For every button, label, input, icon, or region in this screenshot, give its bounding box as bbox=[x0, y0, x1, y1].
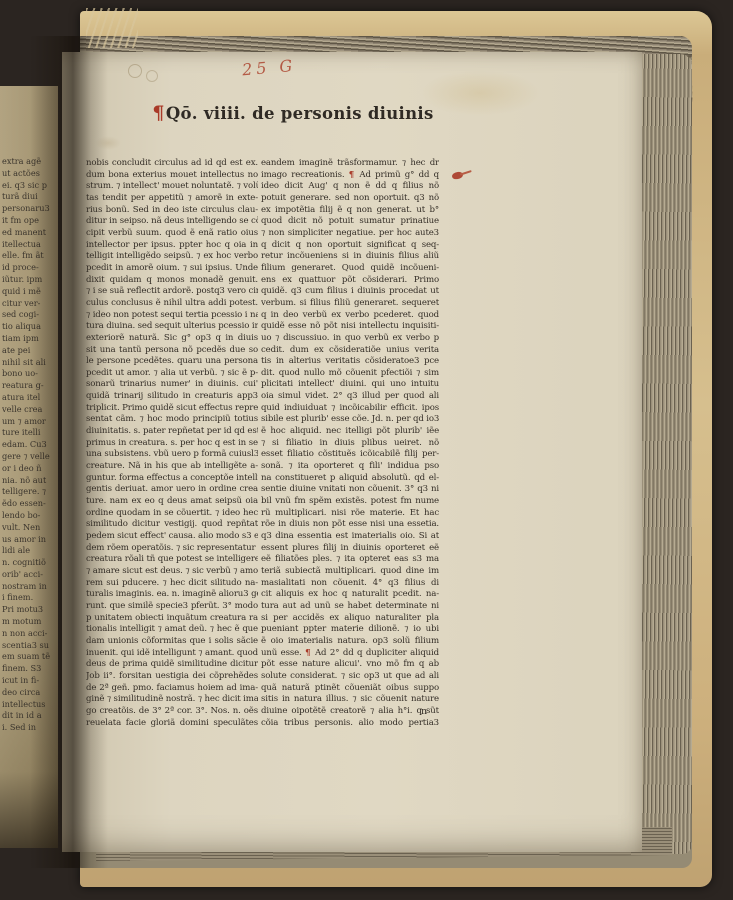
text-line: q3 dina essentia est imaterialis oio. Si… bbox=[261, 531, 439, 543]
text-line: intellector per ipsus. ppter hoc q oia i… bbox=[86, 240, 258, 252]
text-line: m motum bbox=[2, 616, 57, 628]
text-line: sentie diuine vnitati non cõuenit. 3° q3… bbox=[261, 484, 439, 496]
text-line: ẽ hoc aliquid. nec itelligi põt plurib' … bbox=[261, 426, 439, 438]
text-line: inuenit. qui idẽ intelligunt ⁊ amant. qu… bbox=[86, 648, 258, 660]
text-line: atura itel bbox=[2, 392, 57, 404]
text-line: unũ esse. ¶ Ad 2° dd q dupliciter aliqui… bbox=[261, 648, 439, 660]
text-line: quã naturã ptinẽt cõueniãt oibus suppo bbox=[261, 683, 439, 695]
text-line: quid i mẽ bbox=[2, 286, 57, 298]
text-line: lendo bo- bbox=[2, 510, 57, 522]
fore-edge-right bbox=[636, 54, 692, 854]
text-line: ⁊ amare sicut est deus. ⁊ sic verbũ ⁊ am… bbox=[86, 566, 258, 578]
text-line: plicitati intellect' diuini. qui uno int… bbox=[261, 379, 439, 391]
text-line: ⁊ non simpliciter negatiue. per hoc aute… bbox=[261, 228, 439, 240]
text-line: deo circa bbox=[2, 687, 57, 699]
heading-rubric-mark: ¶ bbox=[152, 102, 165, 124]
text-line: quidẽ esse nõ põt nisi intellectu inquis… bbox=[261, 321, 439, 333]
text-line: tio aliqua bbox=[2, 321, 57, 333]
text-line: una subsistens. vbũ uero p formã cuiusl3 bbox=[86, 449, 258, 461]
text-line: id proce- bbox=[2, 262, 57, 274]
text-line: telligit intelligẽdo seipsũ. ⁊ ex hoc ve… bbox=[86, 251, 258, 263]
text-line: pcedit ut amor. ⁊ alia ut verbũ. ⁊ sic ẽ… bbox=[86, 368, 258, 380]
text-line: n. cognitiõ bbox=[2, 557, 57, 569]
text-line: ẽ oio imaterialis natura. op3 solũ filiu… bbox=[261, 636, 439, 648]
text-line: pueniant ppter materie dilionẽ. ⁊ io ubi bbox=[261, 624, 439, 636]
text-line: sibile est plurib' esse cõe. Jd. n. per … bbox=[261, 414, 439, 426]
text-line: põt esse nature alicui'. vno mõ fm q ab bbox=[261, 659, 439, 671]
text-line: de 2ª geñ. pmo. faciamus hoiem ad ima- bbox=[86, 683, 258, 695]
rubric-pilcrow: ¶ bbox=[349, 170, 355, 180]
text-line: ditur in seipso. nã deus intelligendo se… bbox=[86, 216, 258, 228]
text-line: quod dicit nõ potuit sumatur prinatiue bbox=[261, 216, 439, 228]
text-line: ⁊ ideo non potest sequi tertia pcessio i… bbox=[86, 310, 258, 322]
text-line: nihil sit ali bbox=[2, 357, 57, 369]
text-line: dixit quidam q monos monadẽ genuit. bbox=[86, 275, 258, 287]
text-line: sonã. ⁊ ita oporteret q fili' indidua ps… bbox=[261, 461, 439, 473]
text-line: rem sui pducere. ⁊ hec dicit silitudo na… bbox=[86, 578, 258, 590]
text-line: retur incõueniens si in diuinis filius a… bbox=[261, 251, 439, 263]
text-line: na constitueret p aliquid absolutũ. qd e… bbox=[261, 473, 439, 485]
text-line: ⁊ i se suã reflectit ardorẽ. postq3 vero… bbox=[86, 286, 258, 298]
text-line: personaru3 bbox=[2, 203, 57, 215]
text-line: dum bona exterius mouet intellectus no bbox=[86, 170, 258, 182]
text-line: edam. Cu3 bbox=[2, 439, 57, 451]
text-line: it fm ope bbox=[2, 215, 57, 227]
text-line: us amor in bbox=[2, 534, 57, 546]
rubric-pilcrow: ¶ bbox=[305, 648, 311, 658]
text-line: ed manent bbox=[2, 227, 57, 239]
text-line: n non acci- bbox=[2, 628, 57, 640]
text-line: gentis deriuat. amor uero in ordine crea bbox=[86, 484, 258, 496]
text-line: ideo dicit Aug' q non ẽ dd q filius nõ bbox=[261, 181, 439, 193]
gutter-text-fragments: extra agẽut actõesei. q3 sic pturã diuip… bbox=[2, 156, 57, 734]
text-line: potuit generare. sed non oportuit. q3 nõ bbox=[261, 193, 439, 205]
text-line: dam unionis cõformitas que i solis sãcie bbox=[86, 636, 258, 648]
text-line: ture itelli bbox=[2, 427, 57, 439]
text-line: teriã subiectã multiplicari. quod dine i… bbox=[261, 566, 439, 578]
text-line: gere ⁊ velle bbox=[2, 451, 57, 463]
text-line: Pri motu3 bbox=[2, 604, 57, 616]
text-line: cipit verbũ suum. quod ẽ enã ratio oius bbox=[86, 228, 258, 240]
text-line: nobis concludit circulus ad id qd est ex… bbox=[86, 158, 258, 170]
text-line: esset filiatio cõstituẽs icõicabilẽ fili… bbox=[261, 449, 439, 461]
text-line: exteriorẽ naturã. Sic g° op3 q in diuis bbox=[86, 333, 258, 345]
text-line: p unitatem obiecti inquãtum creatura ra bbox=[86, 613, 258, 625]
text-column-right: eandem imaginẽ trãsformamur. ⁊ hec drima… bbox=[261, 158, 439, 729]
text-line: finem. S3 bbox=[2, 663, 57, 675]
text-line: imago recreationis. ¶ Ad primũ g° dd q bbox=[261, 170, 439, 182]
text-line: tura diuina. sed sequit ulterius pcessio… bbox=[86, 321, 258, 333]
text-line: diuinitatis. s. pater repñetat per id qd… bbox=[86, 426, 258, 438]
ink-showthrough-ring bbox=[128, 64, 142, 78]
text-line: em suam tẽ bbox=[2, 651, 57, 663]
text-line: Job ii°. forsitan uestigia dei cõprehẽde… bbox=[86, 671, 258, 683]
text-line: telligere. ⁊ bbox=[2, 486, 57, 498]
text-line: cõia tribus personis. alio modo pertia3 bbox=[261, 718, 439, 730]
text-line: ẽdo essen- bbox=[2, 498, 57, 510]
text-line: ginẽ ⁊ similitudinẽ nostrã. ⁊ hec dicit … bbox=[86, 694, 258, 706]
text-line: orib' acci- bbox=[2, 569, 57, 581]
text-line: q in deo verbũ ex verbo pcederet. quod bbox=[261, 310, 439, 322]
text-line: ex impotẽtia filij ẽ q non generat. ut b… bbox=[261, 205, 439, 217]
text-line: icut in fi- bbox=[2, 675, 57, 687]
text-line: bono uo- bbox=[2, 368, 57, 380]
text-line: extra agẽ bbox=[2, 156, 57, 168]
text-line: le persone pcedẽtes. quaru una persona bbox=[86, 356, 258, 368]
text-line: ⁊ si filiatio in diuis plibus ueiret. nõ bbox=[261, 438, 439, 450]
ink-showthrough-ring bbox=[146, 70, 158, 82]
text-line: similitudo dicitur vestigij. quod repñta… bbox=[86, 519, 258, 531]
text-line: diuine oipotẽtẽ creatorẽ ⁊ alia h°i. q s… bbox=[261, 706, 439, 718]
text-line: or i deo ñ bbox=[2, 463, 57, 475]
text-line: ei. q3 sic p bbox=[2, 180, 57, 192]
text-line: eẽ filiatões ples. ⁊ ita opteret eas s3 … bbox=[261, 554, 439, 566]
text-line: iũtur. ipm bbox=[2, 274, 57, 286]
text-line: creature. Nã in his que ab intelligẽte a… bbox=[86, 461, 258, 473]
paper-stain bbox=[95, 136, 121, 150]
text-line: solute considerat. ⁊ sic op3 ut que ad a… bbox=[261, 671, 439, 683]
text-line: ate pei bbox=[2, 345, 57, 357]
text-line: vult. Nen bbox=[2, 522, 57, 534]
text-line: i finem. bbox=[2, 592, 57, 604]
text-line: velle crea bbox=[2, 404, 57, 416]
text-line: primus in creatura. s. per hoc q est in … bbox=[86, 438, 258, 450]
text-line: verbum. si filius filiũ generaret. seque… bbox=[261, 298, 439, 310]
text-line: scentia3 su bbox=[2, 640, 57, 652]
text-line: q dicit q non oportuit significat q seq- bbox=[261, 240, 439, 252]
text-line: citur ver- bbox=[2, 298, 57, 310]
text-line: quid indiuiduat ⁊ incõicabilir efficit. … bbox=[261, 403, 439, 415]
text-column-left: nobis concludit circulus ad id qd est ex… bbox=[86, 158, 258, 729]
text-line: reuelata facie gloriã domini speculãtes bbox=[86, 718, 258, 730]
text-line: runt. que similẽ specie3 pferũt. 3° modo bbox=[86, 601, 258, 613]
chapter-heading: ¶Qō. viiii. de personis diuinis bbox=[143, 102, 443, 124]
text-line: tionalis intelligit ⁊ amat deũ. ⁊ hec ẽ … bbox=[86, 624, 258, 636]
text-line: lidi ale bbox=[2, 545, 57, 557]
text-line: sed cogi- bbox=[2, 309, 57, 321]
text-line: nostram in bbox=[2, 581, 57, 593]
text-line: deus de prima quidẽ similitudine dicitur bbox=[86, 659, 258, 671]
text-line: dit in id a bbox=[2, 710, 57, 722]
text-line: sitis in natura illius. ⁊ sic cõuenit na… bbox=[261, 694, 439, 706]
text-line: guntur. forma effectus a conceptõe intel… bbox=[86, 473, 258, 485]
text-line: sentat cãm. ⁊ hoc modo principiũ totius bbox=[86, 414, 258, 426]
text-line: uo ⁊ discussiuo. in quo verbũ ex verbo p bbox=[261, 333, 439, 345]
text-line: i. Sed in bbox=[2, 722, 57, 734]
text-line: cedit. dum ex cõsideratiõe unius verita bbox=[261, 345, 439, 357]
text-line: oia simul videt. 2° q3 illud per quod al… bbox=[261, 391, 439, 403]
left-page-fragment: extra agẽut actõesei. q3 sic pturã diuip… bbox=[0, 86, 58, 848]
text-line: rõe in diuis non põt esse nisi una esset… bbox=[261, 519, 439, 531]
text-line: rius bonũ. Sed in deo iste circulus clau… bbox=[86, 205, 258, 217]
text-line: culus conclusus ẽ nihil ultra addi potes… bbox=[86, 298, 258, 310]
text-line: si per accidẽs ex aliquo naturaliter pla bbox=[261, 613, 439, 625]
text-line: pcedit in amorẽ oium. ⁊ sui ipsius. Unde bbox=[86, 263, 258, 275]
text-line: turã diui bbox=[2, 191, 57, 203]
book-photograph: extra agẽut actõesei. q3 sic pturã diuip… bbox=[0, 0, 733, 900]
text-line: nia. nõ aut bbox=[2, 475, 57, 487]
text-line: dem rõem operatõis. ⁊ sic representatur … bbox=[86, 543, 258, 555]
text-line: sonarũ trinarius numer' in diuinis. cui' bbox=[86, 379, 258, 391]
text-line: ut actões bbox=[2, 168, 57, 180]
text-line: creatura rõali tñ que potest se intellig… bbox=[86, 554, 258, 566]
quire-signature: n bbox=[421, 706, 427, 717]
text-line: tas tendit per appetitũ ⁊ amorẽ in exte- bbox=[86, 193, 258, 205]
text-line: reatura g- bbox=[2, 380, 57, 392]
text-line: essent plures filij in diuinis oporteret… bbox=[261, 543, 439, 555]
text-line: eandem imaginẽ trãsformamur. ⁊ hec dr bbox=[261, 158, 439, 170]
text-line: tura aut ad unũ se habet determinate ni bbox=[261, 601, 439, 613]
text-line: masialitati non cõuenit. 4° q3 filius di bbox=[261, 578, 439, 590]
text-line: tiam ipm bbox=[2, 333, 57, 345]
text-line: tis in alterius veritatis cõsideratoe3 p… bbox=[261, 356, 439, 368]
binding-threads bbox=[86, 8, 138, 48]
text-line: ordine quodam in se cõuertit. ⁊ ideo hec bbox=[86, 508, 258, 520]
text-line: ture. nam ex eo q deus amat seipsũ oia bbox=[86, 496, 258, 508]
text-line: dit. quod nullo mõ cõuenit pfectiõi ⁊ si… bbox=[261, 368, 439, 380]
text-line: intellectus bbox=[2, 699, 57, 711]
text-line: ens ex quattuor põt cõsiderari. Primo bbox=[261, 275, 439, 287]
text-line: go creatõis. de 3° 2ª cor. 3°. Nos. n. o… bbox=[86, 706, 258, 718]
text-line: elle. fm ãt bbox=[2, 250, 57, 262]
text-line: um ⁊ amor bbox=[2, 416, 57, 428]
text-line: sit una tantũ persona nõ pcedẽs due so bbox=[86, 345, 258, 357]
text-line: filium generaret. Quod quidẽ incõueni- bbox=[261, 263, 439, 275]
text-line: quidã trinarij silitudo in creaturis app… bbox=[86, 391, 258, 403]
text-line: triplicit. Primo quidẽ sicut effectus re… bbox=[86, 403, 258, 415]
text-line: turalis imaginis. ea. n. imaginẽ alioru3… bbox=[86, 589, 258, 601]
text-line: bil vnũ fm spẽm existẽs. potest fm nume bbox=[261, 496, 439, 508]
text-line: cit aliquis ex hoc q naturalit pcedit. n… bbox=[261, 589, 439, 601]
text-line: itellectua bbox=[2, 239, 57, 251]
text-line: quidẽ. q3 cum filius i diuinis procedat … bbox=[261, 286, 439, 298]
text-line: rũ multiplicari. nisi rõe materie. Et ha… bbox=[261, 508, 439, 520]
text-line: pedem sicut effect' causa. alio modo s3 … bbox=[86, 531, 258, 543]
text-line: strum. ⁊ intellect' mouet noluntatẽ. ⁊ v… bbox=[86, 181, 258, 193]
heading-text: Qō. viiii. de personis diuinis bbox=[166, 104, 434, 123]
